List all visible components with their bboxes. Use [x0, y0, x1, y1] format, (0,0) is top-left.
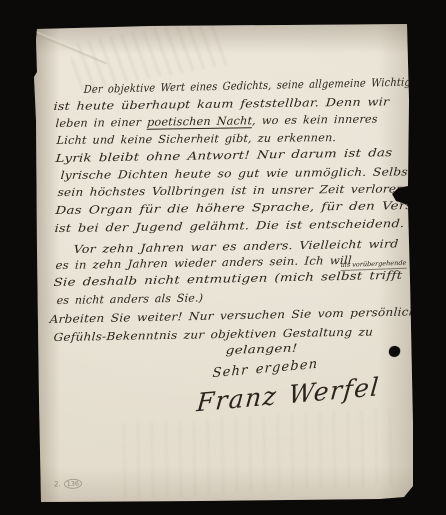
letter-line-segment: leben in einer: [55, 116, 147, 130]
letter-closing: Sehr ergeben: [212, 357, 318, 381]
letter-line: Arbeiten Sie weiter! Nur versuchen Sie v…: [49, 305, 432, 326]
underlined-phrase: poetischen Nacht: [147, 114, 253, 128]
letter-line-segment: , wo es kein inneres: [252, 113, 378, 128]
letter-line: Das Organ für die höhere Sprache, für de…: [55, 199, 418, 217]
letter-line: lyrische Dichten heute so gut wie unmögl…: [60, 165, 413, 182]
archive-number: 2.: [54, 480, 61, 488]
photo-background: Der objektive Wert eines Gedichts, seine…: [0, 0, 446, 515]
archive-annotation: 2. 136: [54, 479, 82, 490]
ink-showthrough-bottom: [116, 409, 395, 499]
archive-circled-number: 136: [64, 479, 83, 490]
letter-line: es in zehn Jahren wieder anders sein. Ic…: [55, 254, 352, 272]
letter-line: ist bei der Jugend gelähmt. Die ist ents…: [54, 217, 405, 235]
letter-body: Der objektive Wert eines Gedichts, seine…: [0, 0, 446, 515]
letter-line: gelangen!: [225, 341, 298, 357]
paper-crease: [32, 30, 107, 64]
letter-line: sein höchstes Vollbringen ist in unsrer …: [57, 182, 409, 199]
letter-line: es nicht anders als Sie.): [56, 291, 203, 307]
paper-hole: [388, 345, 401, 358]
letter-line: Der objektive Wert eines Gedichts, seine…: [83, 75, 430, 96]
letter-line: Licht und keine Sicherheit gibt, zu erke…: [56, 131, 336, 147]
letter-line: Lyrik bleibt ohne Antwort! Nur darum ist…: [55, 146, 393, 165]
letter-line: ist heute überhaupt kaum feststellbar. D…: [53, 95, 390, 113]
letter-line: leben in einer poetischen Nacht, wo es k…: [55, 113, 378, 131]
letter-line: Sie deshalb nicht entmutigen (mich selbs…: [53, 269, 403, 289]
letter-line: Gefühls-Bekenntnis zur objektiven Gestal…: [53, 325, 373, 344]
